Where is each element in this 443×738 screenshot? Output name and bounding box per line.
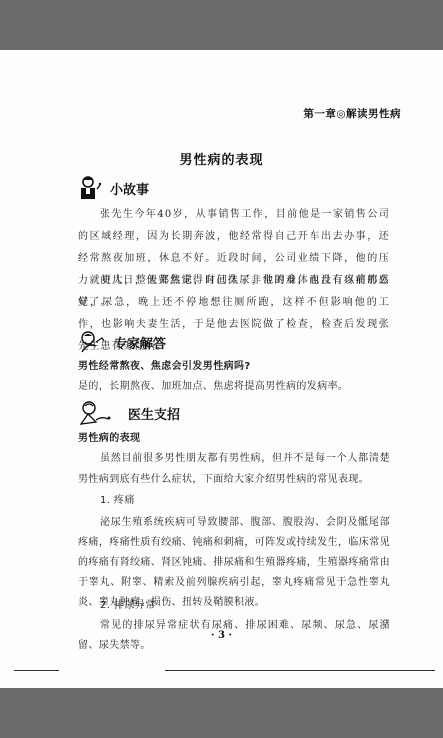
top-frame-bar — [0, 0, 443, 50]
section-head-doctor-tips: 医生支招 — [78, 400, 180, 426]
expert-question: 男性经常熬夜、焦虑会引发男性病吗? — [78, 356, 390, 378]
cartoon-man-icon — [78, 175, 104, 201]
bottom-frame-bar — [0, 688, 443, 738]
page-number: · 3 · — [0, 630, 443, 641]
doctor-tips-subtitle: 男性病的表现 — [78, 428, 390, 450]
running-head: 第一章◎解读男性病 — [303, 106, 401, 121]
page-title: 男性病的表现 — [0, 149, 443, 168]
expert-doctor-icon — [78, 330, 108, 354]
expert-answer: 是的，长期熬夜、加班加点、焦虑将提高男性病的发病率。 — [78, 376, 390, 398]
item-heading-pain: 1. 疼痛 — [78, 490, 390, 512]
bottom-rule-right — [165, 670, 435, 671]
section-head-story: 小故事 — [78, 175, 149, 201]
book-page: 第一章◎解读男性病 男性病的表现 小故事 张先生今年40岁，从事销售工作，目前他… — [0, 50, 443, 688]
section-label-doctor-tips: 医生支招 — [128, 404, 180, 423]
bottom-rule-left — [14, 670, 59, 671]
item-heading-urination: 2. 排尿异常 — [78, 595, 390, 617]
section-head-expert: 专家解答 — [78, 330, 166, 354]
doctor-tips-intro: 虽然目前很多男性朋友都有男性病，但并不是每一个人都清楚男性病到底有些什么症状，下… — [78, 448, 390, 490]
section-label-expert: 专家解答 — [114, 333, 166, 352]
section-label-story: 小故事 — [110, 179, 149, 198]
doctor-tips-icon — [78, 400, 114, 426]
